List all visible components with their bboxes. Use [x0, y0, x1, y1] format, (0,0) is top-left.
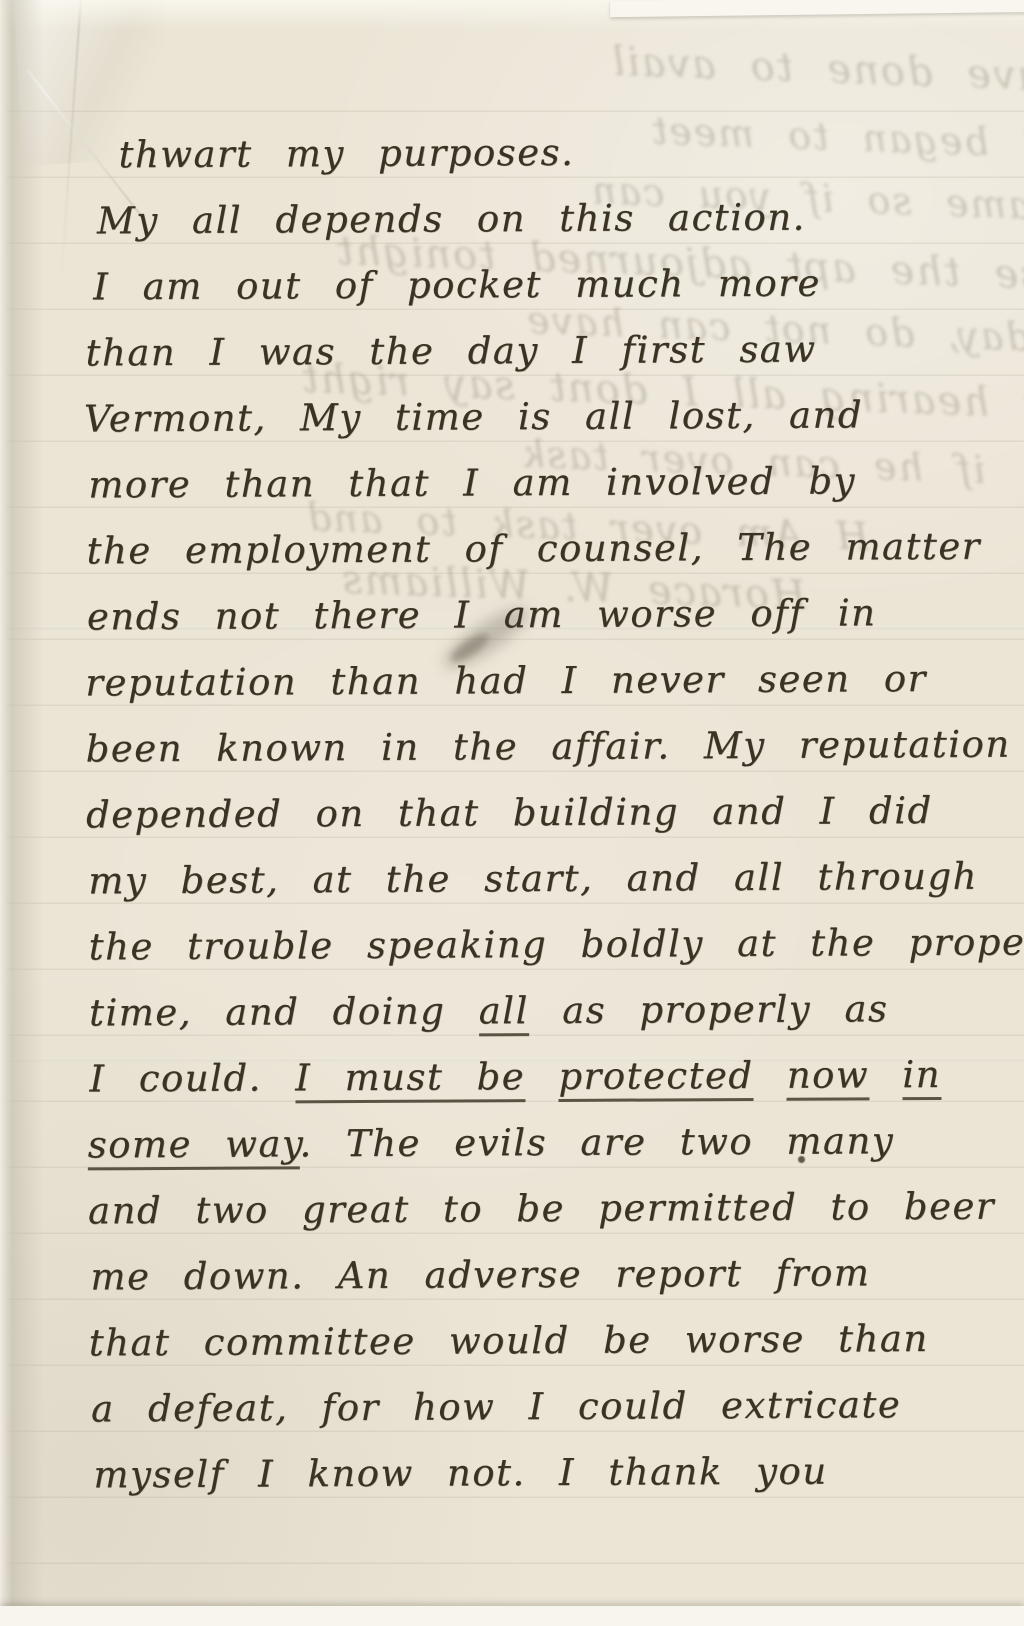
letter-line: and two great to be permitted to beer: [88, 1174, 1018, 1245]
letter-text-segment: depended on that building and I did: [86, 789, 933, 836]
letter-line: the employment of counsel, The matter: [84, 514, 1014, 585]
letter-scan-page: for all you have done to availwe and beg…: [0, 0, 1024, 1626]
paper-sheet: for all you have done to availwe and beg…: [0, 0, 1024, 1626]
letter-line: than I was the day I first saw: [83, 316, 1013, 387]
letter-text-segment: My all depends on this action.: [97, 196, 806, 243]
letter-text-segment: the trouble speaking boldly at the prope…: [89, 920, 1024, 968]
letter-text-segment: . The evils are two many: [299, 1119, 894, 1165]
letter-text-segment: than I was the day I first saw: [85, 328, 816, 375]
letter-text-segment: I am out of pocket much more: [93, 262, 821, 309]
letter-body: thwart my purposes.My all depends on thi…: [82, 118, 1019, 1509]
letter-text-segment: ends not there I am worse off in: [87, 591, 877, 638]
letter-line: I am out of pocket much more: [83, 250, 1013, 321]
letter-text-segment: [753, 1054, 786, 1097]
letter-text-segment: me down. An adverse report from: [90, 1251, 870, 1298]
letter-line: me down. An adverse report from: [88, 1240, 1018, 1311]
letter-line: time, and doing all as properly as: [87, 976, 1017, 1047]
letter-text-segment: my best, at the start, and all through: [88, 855, 978, 903]
letter-line: depended on that building and I did: [86, 778, 1016, 849]
letter-text-segment: more than that I am involved by: [88, 459, 856, 506]
letter-line: thwart my purposes.: [82, 118, 1012, 189]
letter-line: some way. The evils are two many: [88, 1108, 1018, 1179]
letter-text-segment: all: [479, 989, 529, 1036]
letter-line: the trouble speaking boldly at the prope…: [87, 910, 1017, 981]
letter-text-segment: Vermont, My time is all lost, and: [84, 393, 863, 440]
letter-text-segment: myself I know not. I thank you: [93, 1450, 827, 1497]
letter-line: I could. I must be protected now in: [87, 1042, 1017, 1113]
letter-text-segment: as properly as: [529, 987, 889, 1032]
letter-line: Vermont, My time is all lost, and: [84, 382, 1014, 453]
letter-line: ends not there I am worse off in: [85, 580, 1015, 651]
letter-text-segment: and two great to be permitted to beer: [88, 1185, 995, 1233]
letter-text-segment: time, and doing: [89, 989, 479, 1034]
letter-line: myself I know not. I thank you: [89, 1438, 1019, 1509]
bleedthrough-line: for all you have done to avail: [609, 39, 1024, 111]
letter-line: a defeat, for how I could extricate: [89, 1372, 1019, 1443]
letter-text-segment: the employment of counsel, The matter: [87, 525, 981, 573]
letter-text-segment: been known in the affair. My reputation: [86, 723, 1011, 771]
letter-line: that committee would be worse than: [89, 1306, 1019, 1377]
letter-text-segment: I could.: [89, 1056, 295, 1100]
paper-edge-bottom: [0, 1606, 1024, 1626]
letter-line: reputation than had I never seen or: [85, 646, 1015, 717]
letter-text-segment: that committee would be worse than: [89, 1317, 929, 1364]
letter-text-segment: now: [787, 1053, 870, 1100]
letter-text-segment: [525, 1055, 558, 1098]
letter-text-segment: thwart my purposes.: [118, 131, 574, 176]
letter-text-segment: reputation than had I never seen or: [85, 657, 927, 704]
letter-line: my best, at the start, and all through: [86, 844, 1016, 915]
letter-text-segment: in: [902, 1053, 941, 1100]
letter-text-segment: some way: [88, 1122, 300, 1170]
letter-line: My all depends on this action.: [83, 184, 1013, 255]
letter-text-segment: I must be: [295, 1055, 525, 1103]
paper-edge-left-sliver: [0, 0, 12, 1626]
letter-text-segment: a defeat, for how I could extricate: [91, 1383, 901, 1430]
letter-line: more than that I am involved by: [84, 448, 1014, 519]
letter-text-segment: protected: [558, 1054, 753, 1102]
letter-line: been known in the affair. My reputation: [85, 712, 1015, 783]
letter-text-segment: [869, 1053, 902, 1096]
